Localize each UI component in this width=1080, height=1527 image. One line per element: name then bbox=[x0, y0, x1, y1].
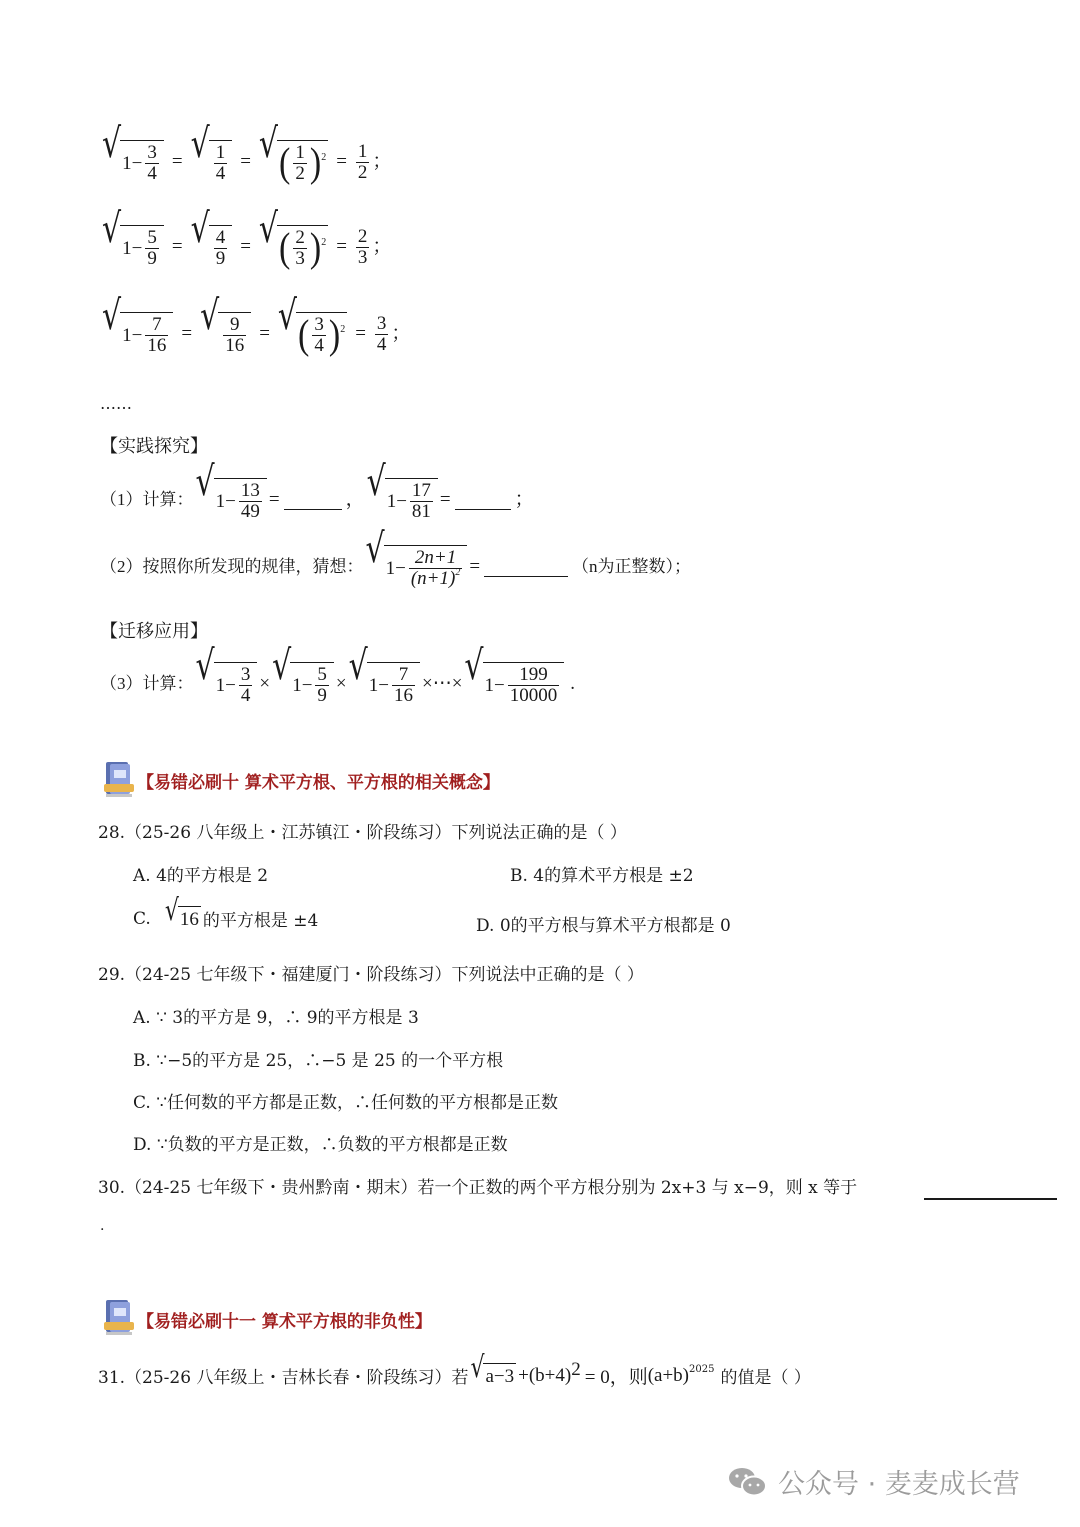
times: × bbox=[259, 672, 270, 696]
q29-option-b[interactable]: B. ∵−5的平方是 25，∴−5 是 25 的一个平方根 bbox=[133, 1046, 503, 1071]
denominator: 81 bbox=[410, 501, 433, 522]
numerator: 2 bbox=[356, 227, 370, 247]
denominator: 16 bbox=[223, 335, 246, 356]
one: 1 bbox=[122, 237, 132, 261]
radicand: 16 bbox=[178, 906, 201, 931]
numerator: 1 bbox=[214, 143, 228, 163]
q29-option-d[interactable]: D. ∵负数的平方是正数，∴负数的平方根都是正数 bbox=[133, 1130, 508, 1155]
fraction: 1349 bbox=[239, 481, 262, 522]
numerator: 3 bbox=[312, 315, 326, 335]
exponent: 2025 bbox=[689, 1364, 714, 1375]
answer-blank[interactable] bbox=[924, 1198, 1057, 1200]
sqrt: √1−716 bbox=[102, 312, 173, 356]
numerator: 1 bbox=[356, 142, 370, 162]
denominator: 2 bbox=[293, 163, 307, 184]
section-title-10: 【易错必刷十 算术平方根、平方根的相关概念】 bbox=[137, 768, 500, 793]
fraction: 1781 bbox=[410, 481, 433, 522]
fraction: 19910000 bbox=[508, 665, 560, 706]
question-label: （3）计算： bbox=[100, 672, 194, 696]
section-title-11: 【易错必刷十一 算术平方根的非负性】 bbox=[137, 1307, 432, 1332]
q28-option-a[interactable]: A. 4的平方根是 2 bbox=[133, 861, 268, 886]
sqrt: √1−19910000 bbox=[464, 662, 564, 706]
equals: = bbox=[336, 150, 347, 174]
example-row-1: √1−34 = √14 = √(12)2 = 12 ； bbox=[100, 140, 391, 184]
numerator: 2n+1 bbox=[413, 548, 458, 568]
question-2: （2）按照你所发现的规律，猜想： √1−2n+1(n+1)2 = （n为正整数）… bbox=[100, 545, 691, 589]
period: . bbox=[570, 672, 575, 696]
sqrt: √(12)2 bbox=[259, 140, 328, 184]
equals: = bbox=[440, 488, 451, 512]
period: . bbox=[100, 1218, 104, 1234]
one: 1 bbox=[216, 674, 226, 698]
minus: − bbox=[395, 557, 406, 581]
sqrt: √1−1349 bbox=[196, 478, 267, 522]
equals: = bbox=[240, 150, 251, 174]
q28-option-b[interactable]: B. 4的算术平方根是 ±2 bbox=[510, 861, 694, 886]
equals: = bbox=[336, 235, 347, 259]
book-icon bbox=[102, 1298, 136, 1338]
times: × bbox=[452, 672, 463, 696]
sqrt: √(34)2 bbox=[278, 312, 347, 356]
fraction: 23 bbox=[293, 228, 307, 269]
fraction: 59 bbox=[145, 228, 159, 269]
equals: = bbox=[172, 235, 183, 259]
question-label: （2）按照你所发现的规律，猜想： bbox=[100, 555, 364, 579]
denominator: 3 bbox=[356, 247, 370, 268]
q29-option-c[interactable]: C. ∵任何数的平方都是正数，∴任何数的平方根都是正数 bbox=[133, 1088, 558, 1113]
fraction: 2n+1(n+1)2 bbox=[409, 548, 462, 589]
one: 1 bbox=[292, 674, 302, 698]
fraction: 23 bbox=[356, 227, 370, 268]
equation-text: = 0，则 bbox=[585, 1362, 648, 1389]
equals: = bbox=[172, 150, 183, 174]
dots: ⋯ bbox=[433, 672, 452, 696]
equals: = bbox=[259, 322, 270, 346]
example-row-2: √1−59 = √49 = √(23)2 = 23 ； bbox=[100, 225, 391, 269]
watermark: 公众号 · 麦麦成长营 bbox=[728, 1462, 1020, 1501]
question-1: （1）计算： √1−1349 = ， √1−1781 = ； bbox=[100, 478, 534, 522]
denominator: 4 bbox=[375, 334, 389, 355]
numerator: 5 bbox=[315, 665, 329, 685]
numerator: 7 bbox=[150, 315, 164, 335]
exponent: 2 bbox=[455, 567, 460, 578]
question-31: 31.（25-26 八年级上・吉林长春・阶段练习）若 √a−3 +(b+4)2 … bbox=[98, 1362, 811, 1389]
minus: − bbox=[132, 237, 143, 261]
denominator: 4 bbox=[239, 685, 253, 706]
q28-option-c[interactable]: C. √16 的平方根是 ±4 bbox=[133, 906, 318, 931]
sqrt: √14 bbox=[191, 140, 233, 184]
numerator: 2 bbox=[293, 228, 307, 248]
one: 1 bbox=[122, 324, 132, 348]
minus: − bbox=[302, 674, 313, 698]
denominator: 2 bbox=[356, 162, 370, 183]
sqrt: √1−59 bbox=[102, 225, 164, 269]
numerator: 4 bbox=[214, 228, 228, 248]
one: 1 bbox=[386, 557, 396, 581]
sqrt: √1−716 bbox=[349, 662, 420, 706]
minus: − bbox=[225, 674, 236, 698]
ellipsis: …… bbox=[100, 392, 132, 416]
semicolon: ； bbox=[372, 150, 391, 174]
denominator: 49 bbox=[239, 501, 262, 522]
question-30-stem: 30.（24-25 七年级下・贵州黔南・期末）若一个正数的两个平方根分别为 2x… bbox=[98, 1173, 857, 1198]
fraction: 12 bbox=[293, 143, 307, 184]
question-3: （3）计算： √1−34 × √1−59 × √1−716 × ⋯ × √1−1… bbox=[100, 662, 575, 706]
equals: = bbox=[269, 488, 280, 512]
fraction: 12 bbox=[356, 142, 370, 183]
expression: +(b+4) bbox=[518, 1365, 571, 1387]
denominator-base: (n+1) bbox=[411, 568, 455, 589]
fraction: 716 bbox=[392, 665, 415, 706]
sqrt: √1−34 bbox=[102, 140, 164, 184]
one: 1 bbox=[216, 490, 226, 514]
answer-blank[interactable] bbox=[484, 558, 568, 577]
sqrt: √(23)2 bbox=[259, 225, 328, 269]
watermark-text: 公众号 · 麦麦成长营 bbox=[778, 1462, 1020, 1501]
minus: − bbox=[132, 152, 143, 176]
numerator: 199 bbox=[517, 665, 550, 685]
equals: = bbox=[469, 555, 480, 579]
denominator: 16 bbox=[392, 685, 415, 706]
book-icon bbox=[102, 760, 136, 800]
semicolon: ； bbox=[391, 322, 410, 346]
sqrt: √49 bbox=[191, 225, 233, 269]
question-29-stem: 29.（24-25 七年级下・福建厦门・阶段练习）下列说法中正确的是（ ） bbox=[98, 960, 644, 985]
sqrt: √916 bbox=[200, 312, 251, 356]
fraction: 716 bbox=[145, 315, 168, 356]
numerator: 5 bbox=[145, 228, 159, 248]
times: × bbox=[336, 672, 347, 696]
expression: (a+b) bbox=[648, 1365, 689, 1387]
equals: = bbox=[355, 322, 366, 346]
equals: = bbox=[181, 322, 192, 346]
transfer-heading: 【迁移应用】 bbox=[100, 620, 208, 644]
answer-blank[interactable] bbox=[284, 491, 342, 510]
denominator: 9 bbox=[145, 248, 159, 269]
denominator: 9 bbox=[214, 248, 228, 269]
fraction: 49 bbox=[214, 228, 228, 269]
note: （n为正整数）； bbox=[572, 555, 691, 579]
minus: − bbox=[132, 324, 143, 348]
sqrt: √16 bbox=[165, 906, 201, 931]
minus: − bbox=[396, 490, 407, 514]
denominator: 4 bbox=[145, 163, 159, 184]
semicolon: ； bbox=[372, 235, 391, 259]
fraction: 34 bbox=[375, 314, 389, 355]
exponent: 2 bbox=[321, 231, 326, 255]
sqrt: √1−2n+1(n+1)2 bbox=[366, 545, 468, 589]
comma: ， bbox=[346, 488, 365, 512]
answer-blank[interactable] bbox=[455, 491, 511, 510]
sqrt: √1−1781 bbox=[367, 478, 438, 522]
numerator: 3 bbox=[145, 143, 159, 163]
equals: = bbox=[240, 235, 251, 259]
example-row-3: √1−716 = √916 = √(34)2 = 34 ； bbox=[100, 312, 410, 356]
numerator: 3 bbox=[239, 665, 253, 685]
fraction: 34 bbox=[145, 143, 159, 184]
one: 1 bbox=[387, 490, 397, 514]
option-letter: C. bbox=[133, 909, 151, 929]
question-stem: 31.（25-26 八年级上・吉林长春・阶段练习）若 bbox=[98, 1363, 468, 1388]
practice-heading: 【实践探究】 bbox=[100, 435, 208, 459]
sqrt: √a−3 bbox=[470, 1363, 516, 1388]
exponent: 2 bbox=[321, 146, 326, 170]
fraction: 34 bbox=[312, 315, 326, 356]
one: 1 bbox=[122, 152, 132, 176]
wechat-icon bbox=[728, 1466, 768, 1498]
fraction: 14 bbox=[214, 143, 228, 184]
denominator: 3 bbox=[293, 248, 307, 269]
question-label: （1）计算： bbox=[100, 488, 194, 512]
sqrt: √1−59 bbox=[272, 662, 334, 706]
denominator: (n+1)2 bbox=[409, 568, 462, 589]
radicand: a−3 bbox=[483, 1363, 516, 1388]
semicolon: ； bbox=[515, 488, 534, 512]
denominator: 9 bbox=[315, 685, 329, 706]
question-28-stem: 28.（25-26 八年级上・江苏镇江・阶段练习）下列说法正确的是（ ） bbox=[98, 818, 627, 843]
exponent: 2 bbox=[571, 1359, 581, 1381]
numerator: 7 bbox=[397, 665, 411, 685]
denominator: 16 bbox=[145, 335, 168, 356]
sqrt: √1−34 bbox=[196, 662, 258, 706]
numerator: 17 bbox=[410, 481, 433, 501]
denominator: 4 bbox=[214, 163, 228, 184]
times: × bbox=[422, 672, 433, 696]
numerator: 3 bbox=[375, 314, 389, 334]
option-text: 的平方根是 ±4 bbox=[203, 906, 318, 931]
fraction: 34 bbox=[239, 665, 253, 706]
fraction: 916 bbox=[223, 315, 246, 356]
fraction: 59 bbox=[315, 665, 329, 706]
one: 1 bbox=[369, 674, 379, 698]
numerator: 13 bbox=[239, 481, 262, 501]
minus: − bbox=[494, 674, 505, 698]
one: 1 bbox=[485, 674, 495, 698]
denominator: 4 bbox=[312, 335, 326, 356]
q28-option-d[interactable]: D. 0的平方根与算术平方根都是 0 bbox=[476, 911, 731, 936]
minus: − bbox=[378, 674, 389, 698]
denominator: 10000 bbox=[508, 685, 560, 706]
q29-option-a[interactable]: A. ∵ 3的平方是 9，∴ 9的平方根是 3 bbox=[133, 1003, 419, 1028]
numerator: 1 bbox=[293, 143, 307, 163]
exponent: 2 bbox=[340, 318, 345, 342]
minus: − bbox=[225, 490, 236, 514]
question-suffix: 的值是（ ） bbox=[720, 1363, 810, 1388]
numerator: 9 bbox=[228, 315, 242, 335]
